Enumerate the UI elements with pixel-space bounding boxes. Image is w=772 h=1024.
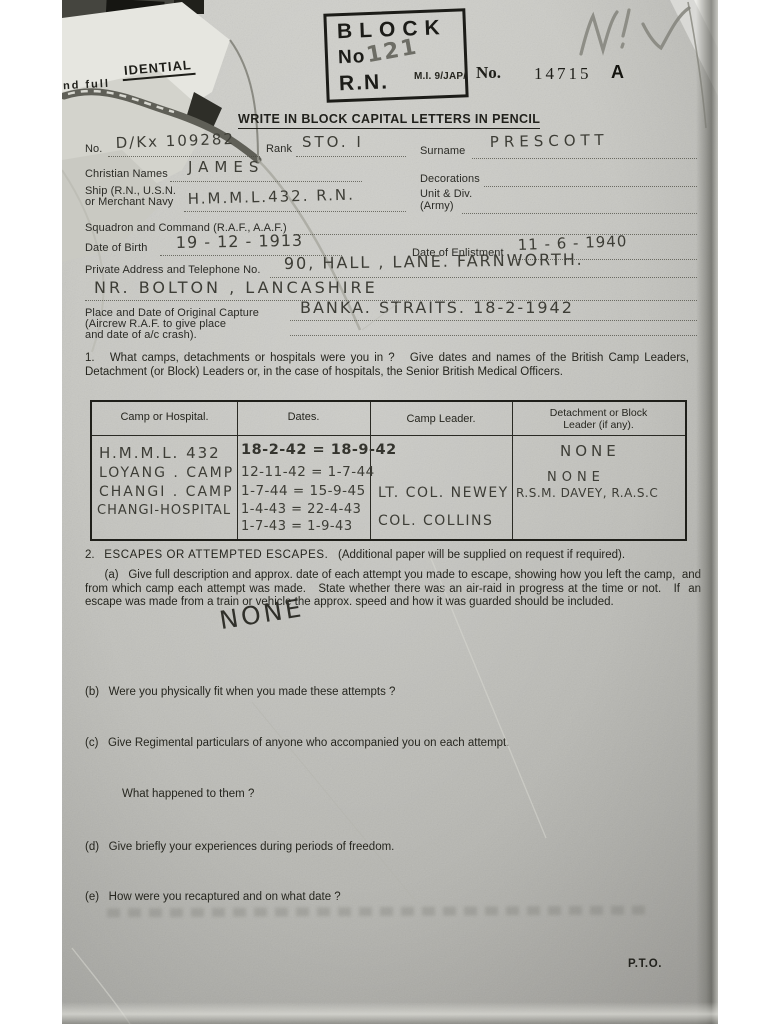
question-2d-text: (d) Give briefly your experiences during…	[85, 841, 685, 855]
field-capture-line-2	[290, 334, 697, 336]
field-surname-line	[472, 157, 697, 159]
field-rank-line	[296, 155, 406, 157]
pto-label: P.T.O.	[628, 958, 662, 970]
table-header-camp: Camp or Hospital.	[92, 411, 237, 423]
question-2-heading: 2. ESCAPES OR ATTEMPTED ESCAPES. (Additi…	[85, 549, 699, 563]
field-capture-value: BANKA. STRAITS. 18-2-1942	[300, 298, 574, 317]
table-detachment-none-1: NONE	[560, 442, 620, 460]
table-leader-collins: COL. COLLINS	[378, 513, 493, 529]
field-rank-label: Rank	[266, 143, 292, 155]
table-dates-row-5: 1-7-43 = 1-9-43	[241, 519, 353, 534]
page-right-edge-shadow	[696, 0, 718, 1024]
table-dates-row-4: 1-4-43 = 22-4-43	[241, 502, 361, 517]
table-header-detachment-2: Leader (if any).	[512, 419, 685, 431]
field-address-label: Private Address and Telephone No.	[85, 264, 261, 276]
table-camp-row-4: CHANGI-HOSPITAL	[97, 503, 231, 518]
field-capture-label-3: and date of a/c crash).	[85, 329, 197, 341]
table-camp-row-3: CHANGI . CAMP	[99, 484, 234, 500]
show-through-text-ghost	[107, 906, 647, 918]
question-2a-text: (a) Give full description and approx. da…	[85, 569, 701, 610]
field-address-value-2: NR. BOLTON , LANCASHIRE	[94, 278, 378, 297]
table-camp-row-2: LOYANG . CAMP	[99, 465, 234, 481]
stamp-no-label: No	[338, 46, 366, 68]
field-surname-label: Surname	[420, 145, 465, 157]
table-dates-row-2: 12-11-42 = 1-7-44	[241, 464, 375, 480]
field-no-line	[108, 155, 260, 157]
form-heading: WRITE IN BLOCK CAPITAL LETTERS IN PENCIL	[238, 112, 540, 129]
page-bottom-edge-shadow	[62, 1002, 718, 1024]
table-camp-row-1: H.M.M.L. 432	[99, 444, 221, 462]
question-2c-text: (c) Give Regimental particulars of anyon…	[85, 737, 685, 751]
serial-mi9-prefix: M.I. 9/JAP/	[414, 71, 466, 82]
question-2e-text: (e) How were you recaptured and on what …	[85, 891, 685, 905]
table-dates-row-1: 18-2-42 = 18-9-42	[241, 442, 397, 458]
question-2-note: (Additional paper will be supplied on re…	[338, 549, 625, 561]
field-address-value-1: 90, HALL , LANE. FARNWORTH.	[284, 250, 584, 273]
field-unit-line	[462, 212, 697, 214]
question-2c2-text: What happened to them ?	[122, 788, 522, 802]
field-ship-line	[184, 210, 406, 212]
field-no-label: No.	[85, 143, 102, 155]
field-dob-value: 19 - 12 - 1913	[176, 231, 304, 252]
serial-number: 14715	[534, 64, 592, 84]
field-christian-value: JAMES	[188, 158, 264, 176]
field-christian-line	[170, 180, 362, 182]
table-detachment-none-2: NONE	[547, 470, 605, 485]
field-capture-line-1	[290, 319, 697, 321]
field-dob-label: Date of Birth	[85, 242, 147, 254]
question-2-number: 2.	[85, 549, 95, 561]
question-1-text: 1. What camps, detachments or hospitals …	[85, 352, 689, 379]
field-ship-label-2: or Merchant Navy	[85, 196, 173, 208]
block-number-stamp: BLOCK No121 R.N.	[323, 8, 468, 102]
camps-table: Camp or Hospital. Dates. Camp Leader. De…	[90, 400, 687, 541]
table-header-rule	[92, 435, 685, 436]
field-unit-label-1: Unit & Div.	[420, 188, 472, 200]
torn-scrap-text: nd full	[63, 78, 111, 92]
field-christian-label: Christian Names	[85, 168, 168, 180]
question-2-title: ESCAPES OR ATTEMPTED ESCAPES.	[104, 549, 328, 561]
field-decorations-label: Decorations	[420, 173, 480, 185]
table-header-detachment-1: Detachment or Block	[512, 407, 685, 419]
field-unit-label-2: (Army)	[420, 200, 454, 212]
scanned-form-photo: nd full IDENTIAL BLOCK No121 R.N. M.I. 9…	[0, 0, 772, 1024]
question-2b-text: (b) Were you physically fit when you mad…	[85, 686, 685, 700]
table-detachment-davey: R.S.M. DAVEY, R.A.S.C	[516, 486, 658, 500]
serial-grade-letter: A	[611, 62, 624, 83]
table-leader-newey: LT. COL. NEWEY	[378, 485, 509, 501]
field-rank-value: STO. I	[302, 133, 364, 151]
field-squadron-line	[294, 233, 697, 235]
table-dates-row-3: 1-7-44 = 15-9-45	[241, 483, 366, 499]
field-surname-value: PRESCOTT	[490, 131, 609, 151]
table-header-dates: Dates.	[237, 411, 370, 423]
serial-no-label: No.	[476, 63, 501, 83]
form-paper: nd full IDENTIAL BLOCK No121 R.N. M.I. 9…	[62, 0, 718, 1024]
field-decorations-line	[484, 185, 697, 187]
table-header-leader: Camp Leader.	[370, 413, 512, 425]
